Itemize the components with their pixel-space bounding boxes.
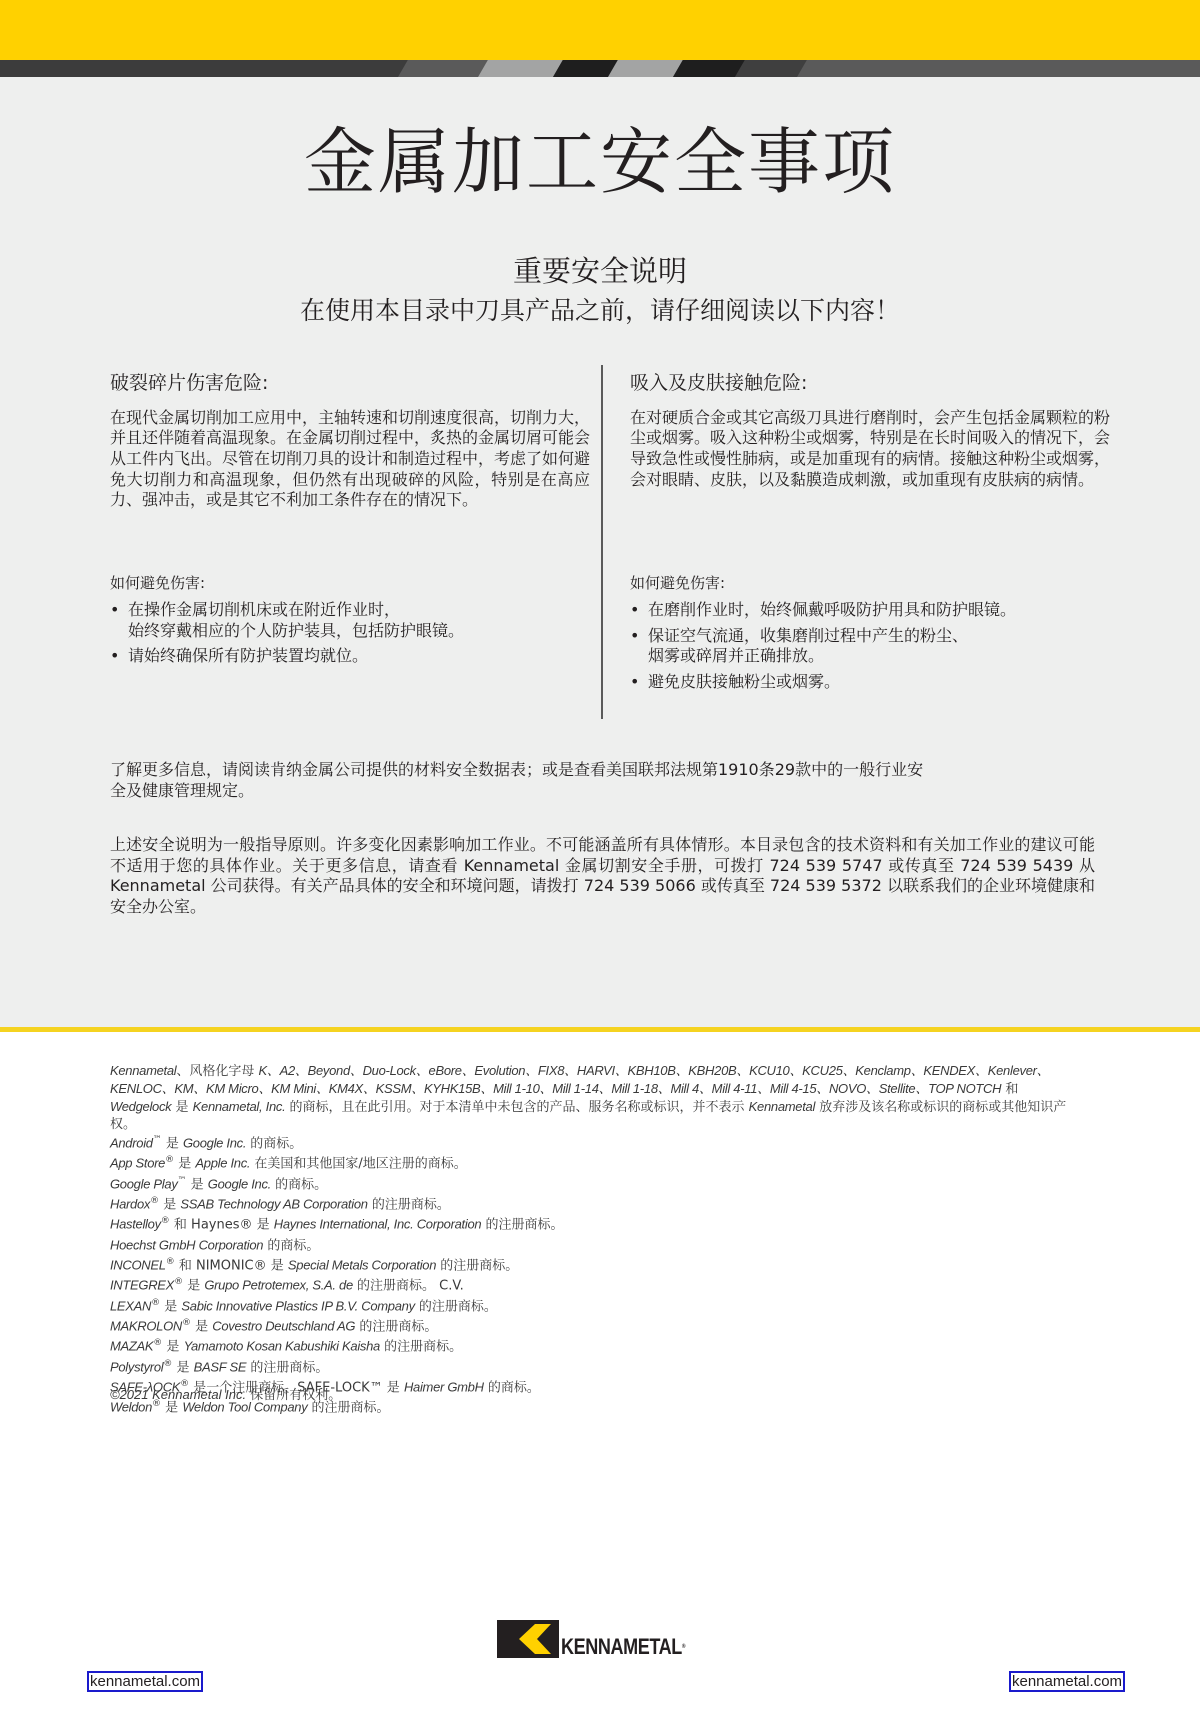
trademark-item: App Store® 是 Apple Inc. 在美国和其他国家/地区注册的商标… (110, 1152, 710, 1172)
copyright-notice: ©2021 Kennametal Inc. 保留所有权利。 (110, 1386, 341, 1404)
stripe-segment (797, 60, 1200, 77)
trademark-item: INCONEL® 和 NIMONIC® 是 Special Metals Cor… (110, 1254, 710, 1274)
disclaimer-paragraph: 上述安全说明为一般指导原则。许多变化因素影响加工作业。不可能涵盖所有具体情形。本… (110, 835, 1095, 917)
kennametal-logo: KENNAMETAL® (497, 1620, 712, 1658)
trademark-item: Hardox® 是 SSAB Technology AB Corporation… (110, 1193, 710, 1213)
yellow-divider-rule (0, 1027, 1200, 1032)
header-yellow-band (0, 0, 1200, 60)
stripe-segment (673, 60, 745, 77)
bullet-icon: • (630, 672, 639, 693)
bullet-icon: • (630, 600, 639, 621)
more-info-paragraph: 了解更多信息，请阅读肯纳金属公司提供的材料安全数据表；或是查看美国联邦法规第19… (110, 760, 930, 801)
section-heading: 破裂碎片伤害危险: (110, 372, 590, 395)
fragment-hazard-section: 破裂碎片伤害危险: 在现代金属切削加工应用中，主轴转速和切削速度很高，切削力大，… (110, 372, 590, 511)
trademark-item: Google Play™ 是 Google Inc. 的商标。 (110, 1173, 710, 1193)
trademark-item: Android™ 是 Google Inc. 的商标。 (110, 1132, 710, 1152)
trademark-item: Hoechst GmbH Corporation 的商标。 (110, 1234, 710, 1254)
list-item: •在操作金属切削机床或在附近作业时， 始终穿戴相应的个人防护装具，包括防护眼镜。 (110, 600, 590, 641)
page-instruction: 在使用本目录中刀具产品之前，请仔细阅读以下内容！ (0, 296, 1200, 326)
trademark-item: LEXAN® 是 Sabic Innovative Plastics IP B.… (110, 1295, 710, 1315)
kennametal-k-logo-icon (497, 1620, 559, 1658)
stripe-segment (735, 60, 807, 77)
list-item: •保证空气流通，收集磨削过程中产生的粉尘、 烟雾或碎屑并正确排放。 (630, 626, 1110, 667)
trademark-item: MAKROLON® 是 Covestro Deutschland AG 的注册商… (110, 1315, 710, 1335)
stripe-segment (608, 60, 683, 77)
logo-wordmark: KENNAMETAL® (561, 1636, 685, 1658)
list-item: •避免皮肤接触粉尘或烟雾。 (630, 672, 1110, 693)
list-item: •请始终确保所有防护装置均就位。 (110, 646, 590, 667)
stripe-segment (478, 60, 563, 77)
avoid-heading: 如何避免伤害: (110, 574, 205, 592)
list-item: •在磨削作业时，始终佩戴呼吸防护用具和防护眼镜。 (630, 600, 1110, 621)
column-divider (601, 365, 603, 719)
footer-link-right[interactable]: kennametal.com (1009, 1671, 1125, 1692)
trademark-item: INTEGREX® 是 Grupo Petrotemex, S.A. de 的注… (110, 1274, 710, 1294)
section-body: 在现代金属切削加工应用中，主轴转速和切削速度很高，切削力大，并且还伴随着高温现象… (110, 408, 590, 511)
trademark-notice: Kennametal、风格化字母 K、A2、Beyond、Duo-Lock、eB… (110, 1062, 1070, 1133)
bullet-icon: • (110, 646, 119, 667)
avoid-list: •在操作金属切削机床或在附近作业时， 始终穿戴相应的个人防护装具，包括防护眼镜。… (110, 600, 590, 672)
trademark-item: Polystyrol® 是 BASF SE 的注册商标。 (110, 1356, 710, 1376)
avoid-list: •在磨削作业时，始终佩戴呼吸防护用具和防护眼镜。 •保证空气流通，收集磨削过程中… (630, 600, 1110, 697)
stripe-segment (398, 60, 488, 77)
bullet-icon: • (110, 600, 119, 621)
trademark-item: Hastelloy® 和 Haynes® 是 Haynes Internatio… (110, 1213, 710, 1233)
trademark-item: MAZAK® 是 Yamamoto Kosan Kabushiki Kaisha… (110, 1335, 710, 1355)
inhalation-hazard-section: 吸入及皮肤接触危险: 在对硬质合金或其它高级刀具进行磨削时，会产生包括金属颗粒的… (630, 372, 1110, 490)
section-heading: 吸入及皮肤接触危险: (630, 372, 1110, 395)
page-title: 金属加工安全事项 (0, 126, 1200, 198)
third-party-trademarks: Android™ 是 Google Inc. 的商标。 App Store® 是… (110, 1132, 710, 1417)
header-stripe-bar (0, 60, 1200, 77)
bullet-icon: • (630, 626, 639, 647)
section-body: 在对硬质合金或其它高级刀具进行磨削时，会产生包括金属颗粒的粉尘或烟雾。吸入这种粉… (630, 408, 1110, 490)
page-subtitle: 重要安全说明 (0, 254, 1200, 289)
avoid-heading: 如何避免伤害: (630, 574, 725, 592)
footer-link-left[interactable]: kennametal.com (87, 1671, 203, 1692)
